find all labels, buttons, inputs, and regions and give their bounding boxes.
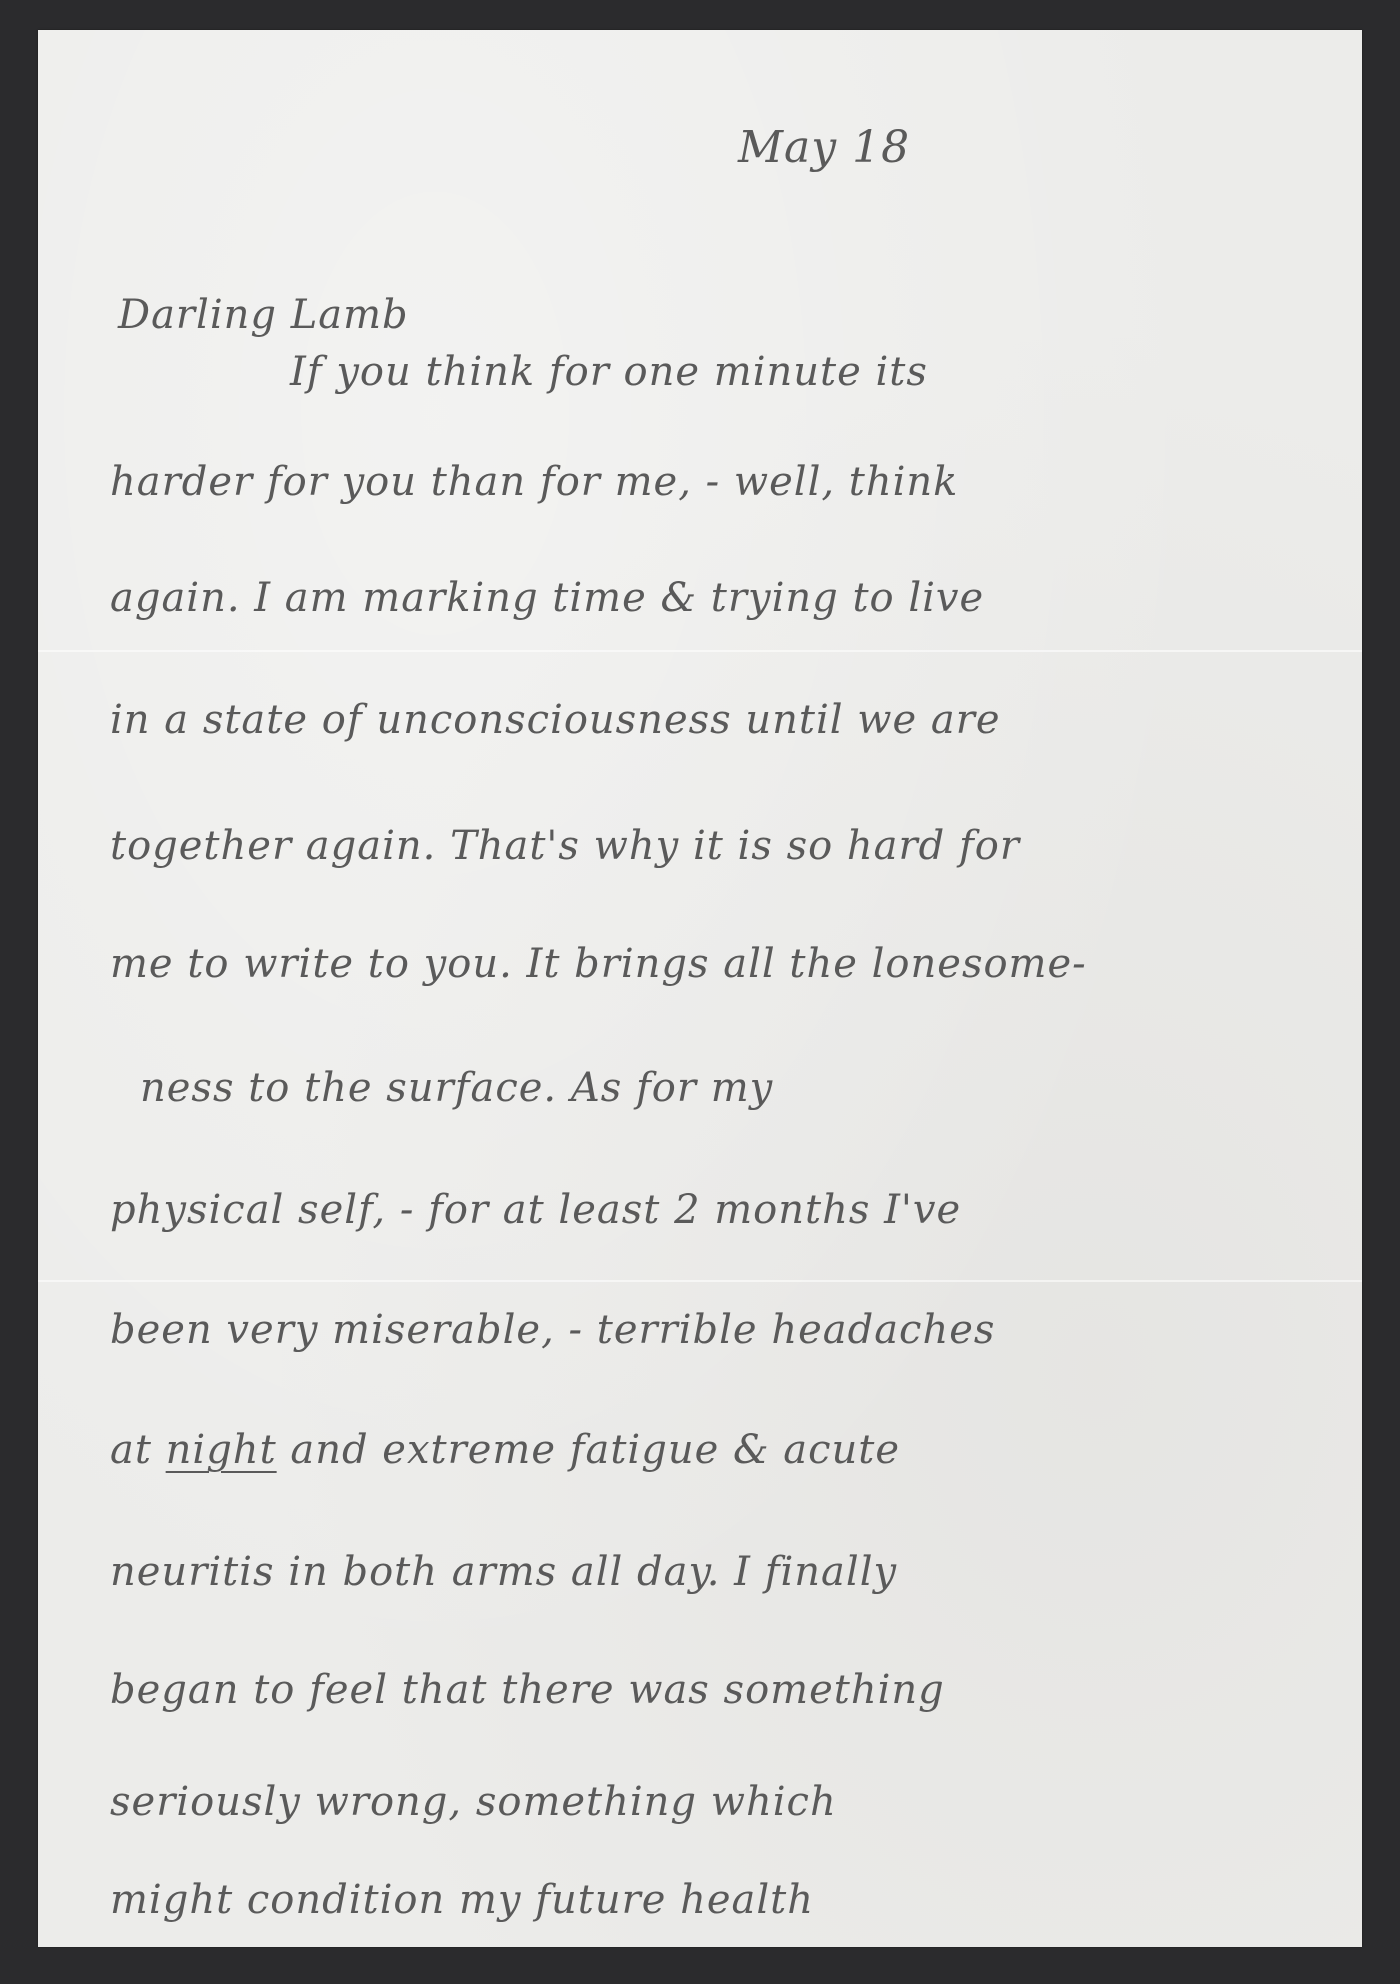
underlined-word: night	[166, 1427, 277, 1473]
letter-line: together again. That's why it is so hard…	[110, 826, 1020, 866]
letter-date: May 18	[738, 122, 910, 173]
line-text: at	[110, 1427, 166, 1473]
line-text: and extreme fatigue & acute	[277, 1427, 900, 1473]
letter-line: seriously wrong, something which	[110, 1782, 837, 1822]
letter-line: at night and extreme fatigue & acute	[110, 1430, 900, 1470]
paper-fold-line	[38, 650, 1362, 652]
letter-line: might condition my future health	[110, 1880, 814, 1920]
letter-line: harder for you than for me, - well, thin…	[110, 462, 958, 502]
letter-salutation: Darling Lamb	[118, 292, 409, 338]
letter-line: been very miserable, - terrible headache…	[110, 1310, 995, 1350]
paper-fold-line	[38, 1280, 1362, 1282]
letter-line: in a state of unconsciousness until we a…	[110, 700, 1001, 740]
letter-line: If you think for one minute its	[290, 352, 928, 392]
letter-line: again. I am marking time & trying to liv…	[110, 578, 984, 618]
letter-line: began to feel that there was something	[110, 1670, 945, 1710]
letter-line: neuritis in both arms all day. I finally	[110, 1552, 897, 1592]
letter-line: physical self, - for at least 2 months I…	[110, 1190, 961, 1230]
letter-line: me to write to you. It brings all the lo…	[110, 944, 1087, 984]
letter-line: ness to the surface. As for my	[140, 1068, 773, 1108]
letter-page: May 18 Darling Lamb If you think for one…	[38, 30, 1362, 1947]
